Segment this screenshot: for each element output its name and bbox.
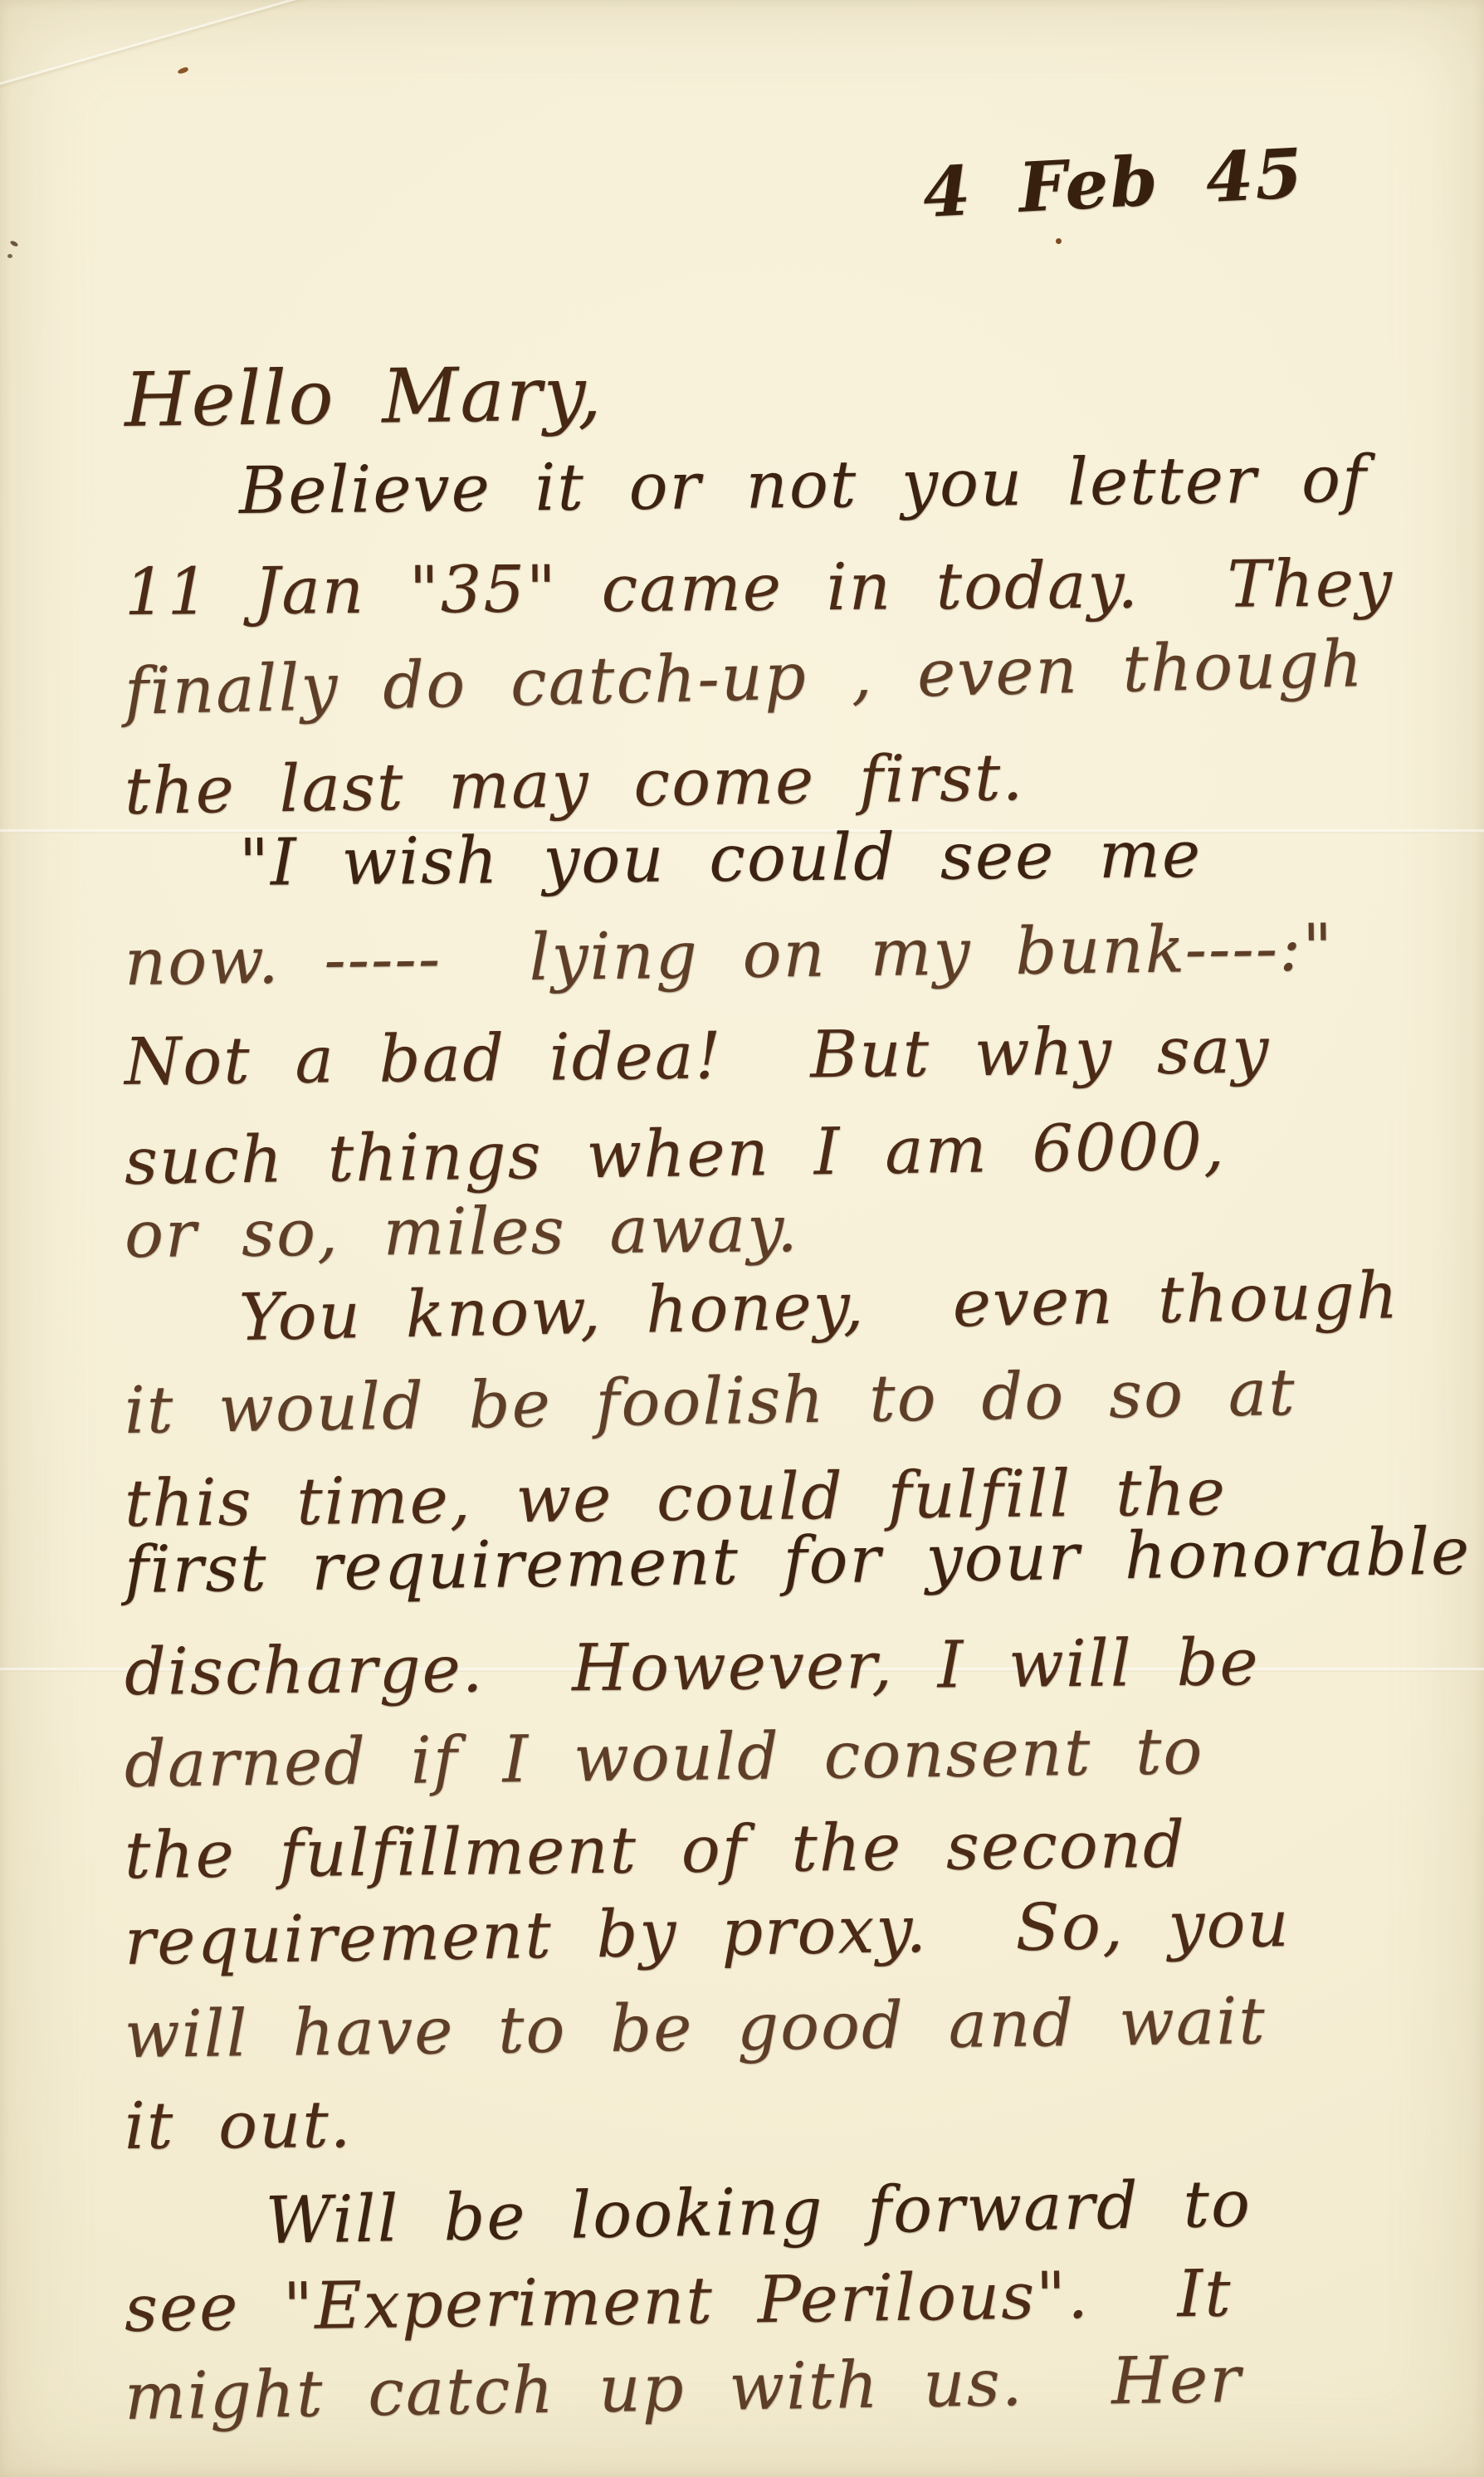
letter-line: darned if I would consent to xyxy=(124,1718,1203,1800)
letter-line: requirement by proxy. So, you xyxy=(124,1891,1291,1977)
letter-line: 11 Jan "35" came in today. They xyxy=(124,550,1394,628)
letter-line: or so, miles away. xyxy=(124,1196,799,1270)
letter-line: finally do catch-up , even though xyxy=(124,631,1364,727)
ink-speck xyxy=(7,254,12,258)
letter-line: You know, honey, even though xyxy=(238,1263,1400,1353)
letter-line: it out. xyxy=(124,2092,353,2162)
letter-line: will have to be good and wait xyxy=(124,1988,1267,2070)
ink-speck xyxy=(9,240,18,247)
letter-line: "I wish you could see me xyxy=(239,822,1203,898)
letter-line: first requirement for your honorable xyxy=(124,1518,1471,1605)
letter-line: might catch up with us. Her xyxy=(124,2347,1242,2432)
letter-greeting: Hello Mary, xyxy=(124,355,603,441)
letter-line: such things when I am 6000, xyxy=(124,1113,1226,1196)
letter-line: the fulfillment of the second xyxy=(124,1812,1187,1891)
letter-line: Not a bad idea! But why say xyxy=(124,1018,1271,1097)
letter-line: Believe it or not you letter of xyxy=(239,447,1369,526)
letter-line: the last may come first. xyxy=(124,745,1024,827)
letter-line: Will be looking forward to xyxy=(265,2171,1252,2256)
ink-speck xyxy=(1056,238,1062,244)
letter-date: 4 Feb 45 xyxy=(921,138,1306,229)
paper-crease-diagonal xyxy=(0,0,309,95)
letter-line: see "Experiment Perilous". It xyxy=(124,2260,1233,2344)
letter-line: now. ----- lying on my bunk----:" xyxy=(124,915,1334,998)
letter-page: 4 Feb 45 Hello Mary, Believe it or not y… xyxy=(0,0,1484,2477)
letter-line: it would be foolish to do so at xyxy=(124,1360,1296,1446)
ink-speck xyxy=(177,66,188,75)
letter-line: discharge. However, I will be xyxy=(124,1629,1260,1708)
